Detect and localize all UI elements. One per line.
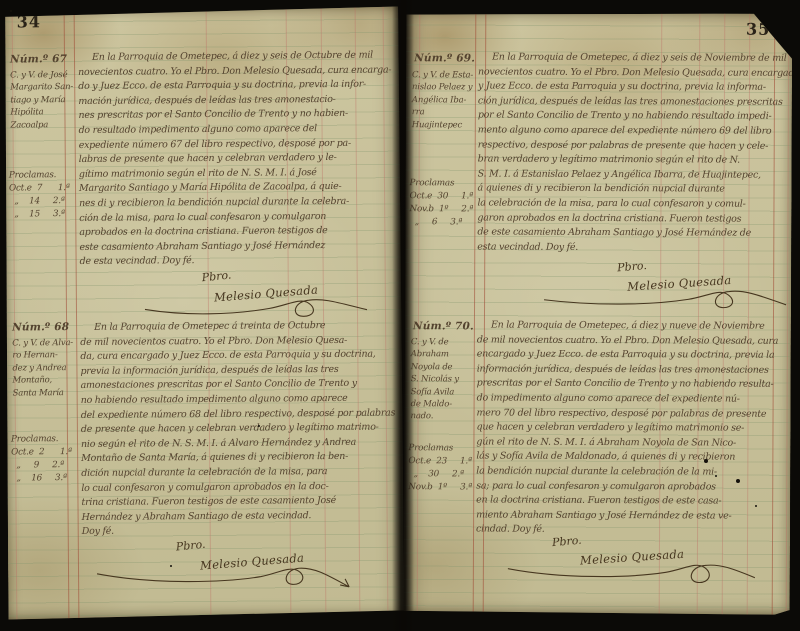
entry-67-priest-abbrev: Pbro. (201, 269, 232, 285)
entry-67-margin-parties: C. y V. de José Margarito San- tiago y M… (10, 69, 73, 132)
page-35: 35 Núm.º 69. C. y V. de Esta- nislao Pel… (404, 12, 793, 615)
entry-70-priest-abbrev: Pbro. (552, 534, 583, 549)
entry-68-body: En la Parroquia de Ometepec á treinta de… (80, 319, 396, 540)
book-scan: 34 Núm.º 67 C. y V. de José Margarito Sa… (0, 0, 800, 631)
entry-67-body: En la Parroquia de Ometepec, á diez y se… (78, 49, 394, 270)
entry-70-body: En la Parroquia de Ometepec, á diez y nu… (476, 318, 785, 538)
entry-69-margin-parties: C. y V. de Esta- nislao Pelaez y Angélic… (412, 69, 473, 131)
entry-67-proclamas: Proclamas. Oct.e 7 1.ª „ 14 2.ª „ 15 3.ª (9, 169, 70, 221)
entry-68-priest-abbrev: Pbro. (175, 538, 206, 554)
page-34: 34 Núm.º 67 C. y V. de José Margarito Sa… (4, 6, 405, 619)
page-number: 34 (17, 12, 41, 31)
page-number: 35 (746, 20, 770, 39)
entry-69-number: Núm.º 69. (414, 52, 475, 64)
entry-70-number: Núm.º 70. (413, 320, 474, 332)
entry-70-proclamas: Proclamas Oct.e 23 1.ª „ 30 2.ª Nov.b 1º… (408, 442, 472, 494)
entry-69-priest-abbrev: Pbro. (617, 259, 648, 274)
entry-69-proclamas: Proclamas Oct.e 30 1.ª Nov.b 1º 2.ª „ 6 … (409, 177, 473, 229)
entry-68-number: Núm.º 68 (12, 321, 69, 333)
entry-70-margin-parties: C. y V. de Abraham Noyola de S. Nicolás … (411, 336, 460, 423)
entry-67-number: Núm.º 67 (10, 53, 67, 65)
entry-69-body: En la Parroquia de Ometepec, á diez y se… (477, 50, 786, 256)
entry-68-margin-parties: C. y V. de Alva- ro Hernan- dez y Andrea… (12, 337, 73, 400)
paper-specks (10, 10, 12, 12)
entry-68-proclamas: Proclamas. Oct.e 2 1.ª „ 9 2.ª „ 16 3.ª (11, 433, 72, 485)
